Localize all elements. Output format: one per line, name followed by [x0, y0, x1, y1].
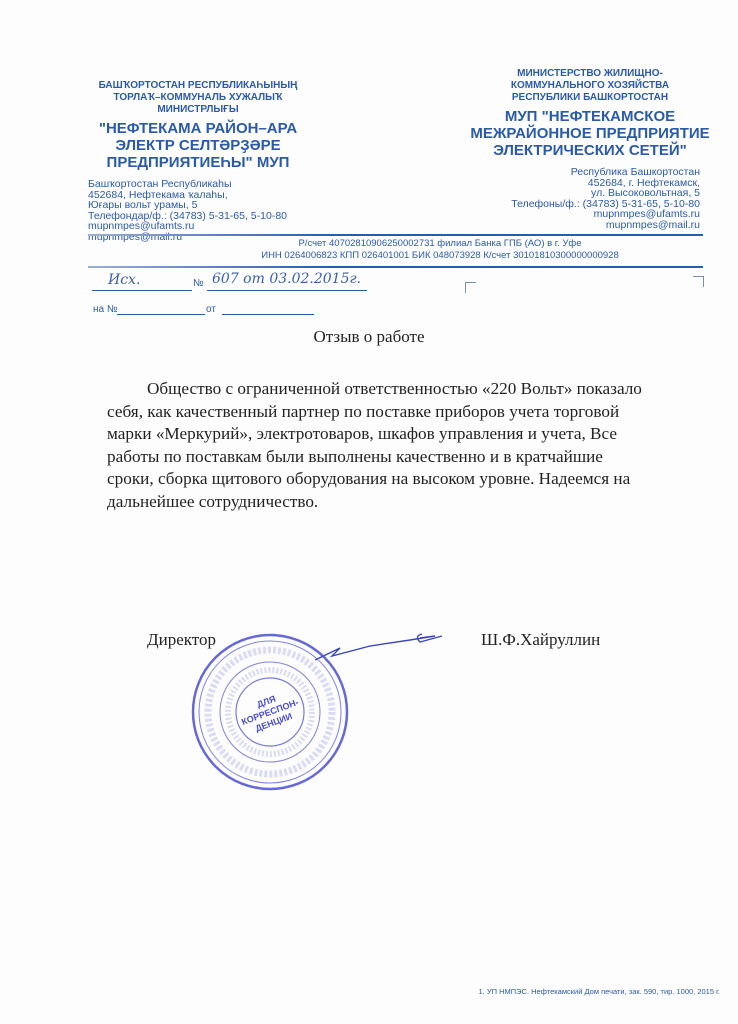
signatory-name: Ш.Ф.Хайруллин [481, 630, 600, 650]
address-corner-right [693, 276, 704, 287]
ministry-line: БАШҠОРТОСТАН РЕСПУБЛИКАҺЫНЫҢ [88, 80, 308, 92]
org-line: ПРЕДПРИЯТИЕҺЫ" МУП [88, 154, 308, 171]
reply-to-label: на № [93, 304, 118, 315]
contact-line: Башҡортостан Республикаһы [88, 179, 308, 190]
ministry-name-bashkir: БАШҠОРТОСТАН РЕСПУБЛИКАҺЫНЫҢ ТОРЛАҠ–КОММ… [88, 80, 308, 116]
document-title: Отзыв о работе [0, 327, 738, 347]
org-line: ЭЛЕКТР СЕЛТӘРҘӘРЕ [88, 137, 308, 154]
address-corner-left [465, 282, 476, 293]
ministry-line: МИНИСТРЛЫҒЫ [88, 104, 308, 116]
letterhead-left: БАШҠОРТОСТАН РЕСПУБЛИКАҺЫНЫҢ ТОРЛАҠ–КОММ… [88, 80, 308, 242]
print-info-footer: 1. УП НМПЭС. Нефтекамский Дом печати, за… [479, 987, 720, 996]
ministry-name-russian: МИНИСТЕРСТВО ЖИЛИЩНО- КОММУНАЛЬНОГО ХОЗЯ… [470, 68, 710, 104]
number-label: № [193, 278, 204, 289]
ministry-line: ТОРЛАҠ–КОММУНАЛЬ ХУЖАЛЫҠ [88, 92, 308, 104]
official-stamp: ДЛЯ КОРРЕСПОН- ДЕНЦИИ [190, 632, 350, 792]
outgoing-label-handwritten: Исх. [108, 272, 140, 288]
ministry-line: РЕСПУБЛИКИ БАШКОРТОСТАН [470, 92, 710, 104]
ministry-line: МИНИСТЕРСТВО ЖИЛИЩНО- [470, 68, 710, 80]
from-field-line [222, 314, 314, 315]
email-link: mupnmpes@ufamts.ru [470, 209, 700, 220]
outgoing-number-handwritten: 607 от 03.02.2015г. [212, 271, 361, 287]
from-label: от [206, 304, 216, 315]
contact-line: ул. Высоковольтная, 5 [470, 188, 700, 199]
letter-page: БАШҠОРТОСТАН РЕСПУБЛИКАҺЫНЫҢ ТОРЛАҠ–КОММ… [0, 0, 738, 1024]
bank-codes-line: ИНН 0264006823 КПП 026401001 БИК 0480739… [190, 250, 690, 261]
ministry-line: КОММУНАЛЬНОГО ХОЗЯЙСТВА [470, 80, 710, 92]
contact-line: Республика Башкортостан [470, 167, 700, 178]
number-field-line [207, 290, 367, 291]
document-body: Общество с ограниченной ответственностью… [107, 378, 647, 514]
org-line: МЕЖРАЙОННОЕ ПРЕДПРИЯТИЕ [470, 125, 710, 142]
header-divider-bottom [88, 266, 703, 268]
email-link: mupnmpes@mail.ru [470, 220, 700, 231]
org-line: МУП "НЕФТЕКАМСКОЕ [470, 108, 710, 125]
reply-to-field-line [117, 314, 205, 315]
outgoing-field-line [92, 290, 192, 291]
org-line: ЭЛЕКТРИЧЕСКИХ СЕТЕЙ" [470, 142, 710, 159]
contacts-russian: Республика Башкортостан 452684, г. Нефте… [470, 167, 710, 230]
letterhead-right: МИНИСТЕРСТВО ЖИЛИЩНО- КОММУНАЛЬНОГО ХОЗЯ… [470, 68, 710, 230]
contacts-bashkir: Башҡортостан Республикаһы 452684, Нефтек… [88, 179, 308, 242]
bank-account-line: Р/счет 40702810906250002731 филиал Банка… [190, 238, 690, 249]
org-name-russian: МУП "НЕФТЕКАМСКОЕ МЕЖРАЙОННОЕ ПРЕДПРИЯТИ… [470, 108, 710, 159]
contact-line: Юғары вольт урамы, 5 [88, 200, 308, 211]
header-divider-top [88, 234, 703, 236]
org-line: "НЕФТЕКАМА РАЙОН–АРА [88, 120, 308, 137]
org-name-bashkir: "НЕФТЕКАМА РАЙОН–АРА ЭЛЕКТР СЕЛТӘРҘӘРЕ П… [88, 120, 308, 171]
email-link: mupnmpes@ufamts.ru [88, 221, 308, 232]
